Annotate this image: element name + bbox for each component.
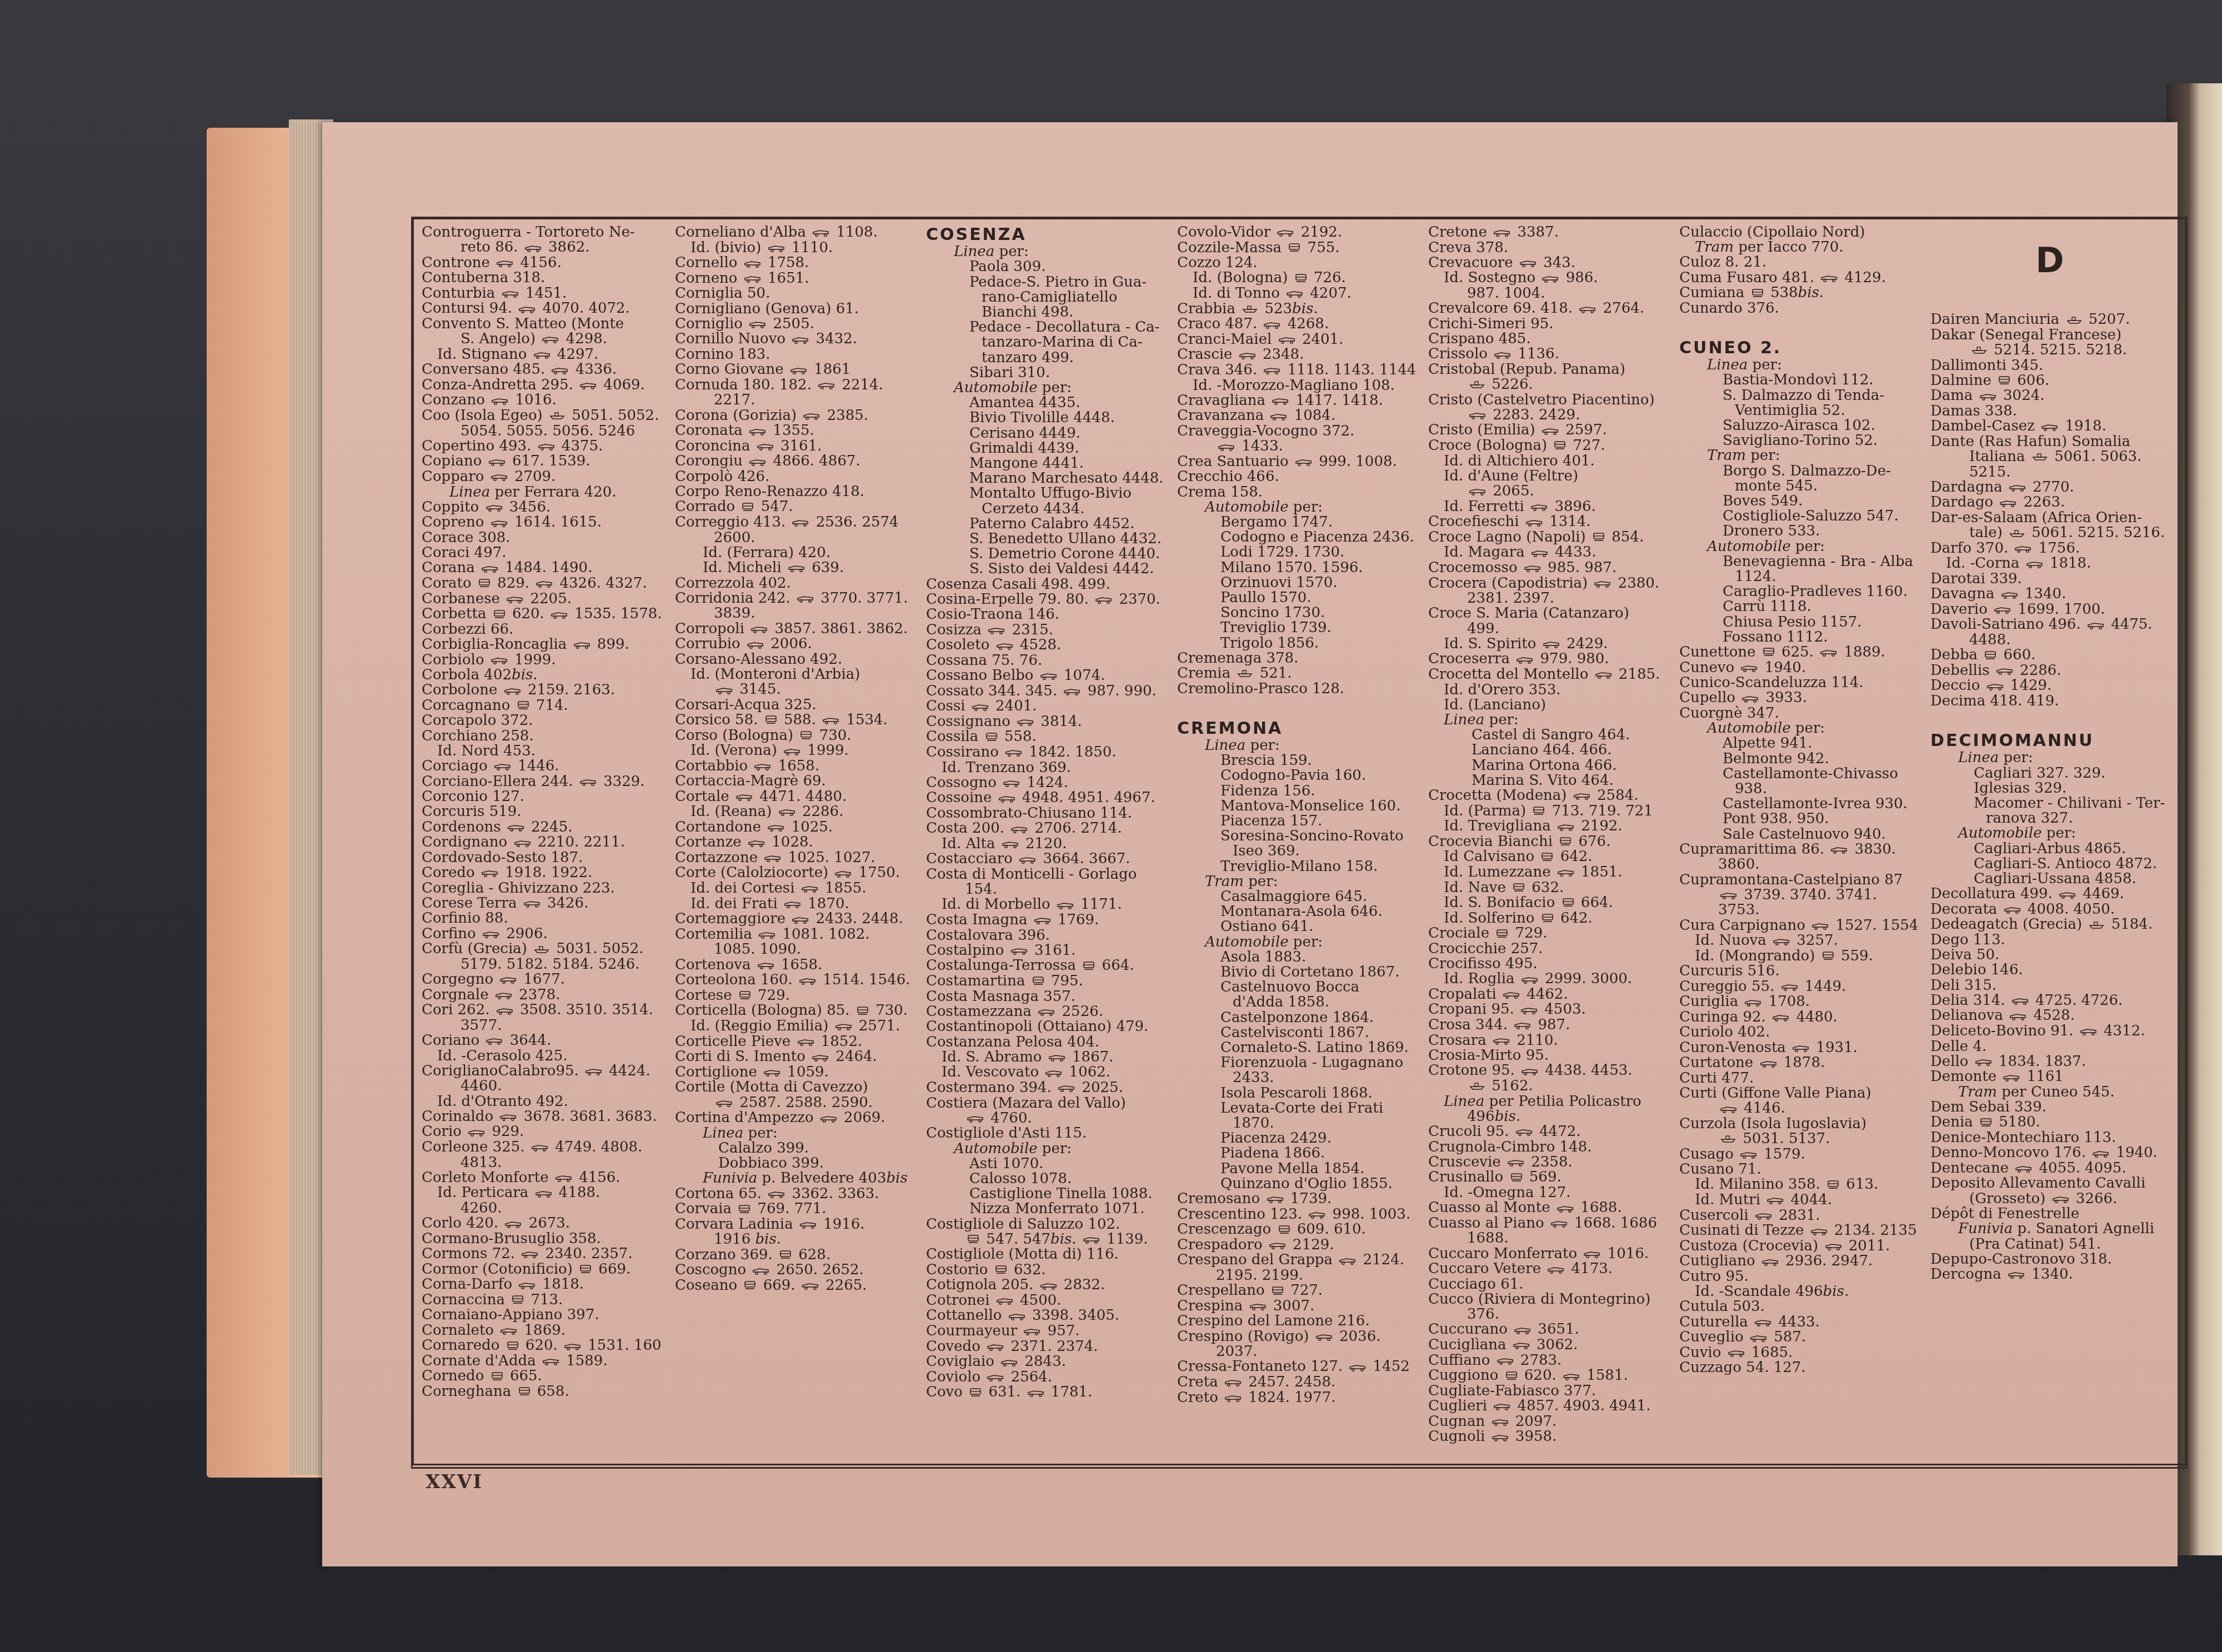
index-entry: Dar-es-Salaam (Africa Orien-	[1930, 510, 2169, 525]
index-subentry: Id. Nuova 3257.	[1679, 933, 1918, 949]
tram-icon	[512, 1293, 524, 1308]
index-entry: Dallimonti 345.	[1930, 358, 2169, 373]
index-entry: Corana 1484. 1490.	[422, 560, 660, 576]
index-subentry: Treviglio-Milano 158.	[1177, 859, 1416, 874]
index-subentry: Chiusa Pesio 1157.	[1679, 615, 1918, 630]
index-entry: Davoli-Satriano 496. 4475.	[1930, 617, 2169, 633]
automobile-icon	[501, 1323, 517, 1338]
index-entry: Corconio 127.	[422, 789, 660, 804]
automobile-icon	[1001, 1355, 1018, 1370]
index-entry: Corcagnano 714.	[422, 698, 660, 714]
index-subentry: Id. Magara 4433.	[1428, 545, 1667, 560]
tram-icon	[517, 698, 529, 713]
index-entry: Corbola 402bis.	[422, 668, 660, 683]
index-entry: Coviolo 2564.	[926, 1370, 1165, 1385]
index-subentry: 4488.	[1930, 633, 2169, 648]
index-entry: Correzzola 402.	[675, 576, 914, 591]
index-entry: Dem Sebai 339.	[1930, 1100, 2169, 1115]
index-subentry: tanzaro 499.	[926, 351, 1165, 366]
automobile-icon	[967, 1111, 984, 1126]
index-entry: Cuturella 4433.	[1679, 1315, 1918, 1330]
index-entry: Crevalcore 69. 418. 2764.	[1428, 301, 1667, 317]
index-entry: Corpolò 426.	[675, 469, 914, 484]
automobile-icon	[2080, 1024, 2097, 1039]
index-entry: Costamartina 795.	[926, 974, 1165, 989]
index-entry: Corniglio 2505.	[675, 317, 914, 332]
page-frame: Controguerra - Tortoreto Ne-reto 86. 386…	[411, 217, 2188, 1469]
automobile-icon	[524, 896, 541, 911]
index-entry: Contuberna 318.	[422, 271, 660, 286]
index-subentry: Mangone 4441.	[926, 456, 1165, 471]
index-subentry: 2283. 2429.	[1428, 408, 1667, 423]
automobile-icon	[812, 1050, 829, 1065]
index-entry: Decollatura 499. 4469.	[1930, 887, 2169, 902]
index-entry: Cossombrato-Chiusano 114.	[926, 806, 1165, 821]
index-subentry: Ostiano 641.	[1177, 919, 1416, 934]
index-entry: Cortenova 1658.	[675, 958, 914, 973]
index-subentry: ranova 327.	[1930, 811, 2169, 826]
index-entry: Corongiu 4866. 4867.	[675, 454, 914, 469]
automobile-icon	[2041, 419, 2058, 434]
index-subentry: Cagliari-S. Antioco 4872.	[1930, 857, 2169, 872]
index-entry: Crevacuore 343.	[1428, 256, 1667, 271]
automobile-icon	[1745, 995, 1761, 1010]
index-subentry: Tram per:	[1177, 874, 1416, 889]
ship-icon	[1237, 666, 1253, 681]
index-subentry: Paola 309.	[926, 259, 1165, 274]
tram-icon	[1562, 895, 1574, 910]
index-subentry: Id. Sostegno 986.	[1428, 271, 1667, 286]
index-entry: Cremolino-Prasco 128.	[1177, 682, 1416, 697]
automobile-icon	[1594, 576, 1611, 591]
index-entry: Corlo 420. 2673.	[422, 1216, 660, 1232]
tram-icon	[738, 1202, 750, 1217]
index-subentry: 376.	[1428, 1307, 1667, 1322]
index-entry: Cori 262. 3508. 3510. 3514.	[422, 1003, 660, 1018]
tram-icon	[1533, 804, 1545, 819]
index-entry: Corinaldo 3678. 3681. 3683.	[422, 1109, 660, 1125]
index-subentry: 4760.	[926, 1111, 1165, 1127]
index-subentry: Marina S. Vito 464.	[1428, 773, 1667, 788]
index-entry: Coviglaio 2843.	[926, 1354, 1165, 1370]
index-entry: Corfù (Grecia) 5031. 5052.	[422, 942, 660, 957]
index-subentry: Id. (Reggio Emilia) 2571.	[675, 1019, 914, 1034]
tram-icon	[491, 1369, 503, 1384]
automobile-icon	[1793, 1040, 1809, 1055]
automobile-icon	[1497, 1353, 1514, 1368]
index-entry: Cortandone 1025.	[675, 820, 914, 835]
automobile-icon	[1040, 1278, 1057, 1293]
index-entry: Custoza (Crocevia) 2011.	[1679, 1239, 1918, 1254]
index-subentry: 987. 1004.	[1428, 286, 1667, 301]
index-entry: Cortiglione 1059.	[675, 1065, 914, 1080]
tram-icon	[779, 1248, 792, 1263]
index-subentry: S. Demetrio Corone 4440.	[926, 547, 1165, 562]
index-subentry: Id. di Tonno 4207.	[1177, 286, 1416, 302]
tram-icon	[1822, 949, 1834, 964]
index-subentry: 4146.	[1679, 1101, 1918, 1117]
automobile-icon	[1551, 1216, 1568, 1231]
index-entry: Corneno 1651.	[675, 271, 914, 287]
index-entry: Curiolo 402.	[1679, 1025, 1918, 1040]
index-entry: Delebio 146.	[1930, 963, 2169, 978]
index-entry: Crosia-Mirto 95.	[1428, 1048, 1667, 1063]
index-subentry: Bastia-Mondovì 112.	[1679, 373, 1918, 388]
automobile-icon	[1728, 1345, 1745, 1360]
index-entry: Curti (Giffone Valle Piana)	[1679, 1086, 1918, 1101]
index-entry: Curzola (Isola Iugoslavia)	[1679, 1117, 1918, 1132]
automobile-icon	[491, 653, 508, 668]
automobile-icon	[482, 561, 498, 576]
index-subentry: Linea per:	[1177, 738, 1416, 753]
index-entry: Costamezzana 2526.	[926, 1004, 1165, 1020]
index-subentry: Cagliari-Ussana 4858.	[1930, 872, 2169, 887]
automobile-icon	[790, 363, 807, 378]
tram-icon	[800, 728, 812, 743]
automobile-icon	[1584, 1246, 1600, 1261]
spacer	[1679, 316, 1918, 338]
automobile-icon	[784, 897, 801, 912]
index-subentry: Id. Roglia 2999. 3000.	[1428, 972, 1667, 987]
index-entry: Dama 3024.	[1930, 388, 2169, 404]
index-subentry: Piacenza 2429.	[1177, 1131, 1416, 1146]
index-subentry: Iglesias 329.	[1930, 781, 2169, 796]
index-entry: Cotignola 205. 2832.	[926, 1278, 1165, 1293]
automobile-icon	[580, 774, 597, 789]
automobile-icon	[1494, 225, 1510, 240]
index-entry: Copreno 1614. 1615.	[422, 515, 660, 530]
index-subentry: 3145.	[675, 682, 914, 698]
index-entry: Corneghana 658.	[422, 1384, 660, 1400]
index-entry: Controguerra - Tortoreto Ne-	[422, 225, 660, 240]
index-entry: Coriano 3644.	[422, 1033, 660, 1049]
index-entry: Corbiolo 1999.	[422, 653, 660, 668]
index-subentry: Id. d'Aune (Feltre)	[1428, 469, 1667, 484]
index-entry: Decima 418. 419.	[1930, 694, 2169, 709]
index-subentry: Dobbiaco 399.	[675, 1156, 914, 1171]
index-subentry: 2381. 2397.	[1428, 591, 1667, 606]
index-subentry: 499.	[1428, 622, 1667, 637]
index-entry: Crosara 2110.	[1428, 1033, 1667, 1049]
index-subentry: Id. Solferino 642.	[1428, 911, 1667, 927]
index-entry: Crocevia Bianchi 676.	[1428, 834, 1667, 850]
index-entry: Craco 487. 4268.	[1177, 317, 1416, 332]
column-7: DDairen Manciuria 5207.Dakar (Senegal Fr…	[1930, 225, 2169, 1455]
index-entry: Cupello 3933.	[1679, 690, 1918, 706]
automobile-icon	[1272, 393, 1289, 408]
index-subentry: 3577.	[422, 1018, 660, 1033]
automobile-icon	[2009, 480, 2026, 495]
index-subentry: Id. (Lanciano)	[1428, 698, 1667, 713]
index-entry: Cugnan 2097.	[1428, 1414, 1667, 1430]
index-subentry: Cerzeto 4434.	[926, 502, 1165, 517]
index-subentry: Id. (bivio) 1110.	[675, 241, 914, 256]
index-entry: Dépôt di Fenestrelle	[1930, 1207, 2169, 1222]
index-subentry: Id. -Cerasolo 425.	[422, 1049, 660, 1064]
index-entry: Dalmine 606.	[1930, 373, 2169, 389]
index-subentry: Id. Ferretti 3896.	[1428, 499, 1667, 515]
tram-icon	[739, 988, 751, 1003]
automobile-icon	[1469, 408, 1486, 423]
index-entry: Corgnale 2378.	[422, 988, 660, 1003]
automobile-icon	[1812, 918, 1829, 933]
index-subentry: Tram per:	[1679, 448, 1918, 463]
index-entry: Cuveglio 587.	[1679, 1330, 1918, 1345]
index-entry: Cossignano 3814.	[926, 714, 1165, 730]
automobile-icon	[1002, 837, 1019, 852]
automobile-icon	[1492, 1414, 1509, 1429]
automobile-icon	[1516, 1124, 1533, 1139]
automobile-icon	[1095, 592, 1112, 607]
index-entry: Conturbia 1451.	[422, 286, 660, 302]
automobile-icon	[1831, 842, 1848, 857]
index-entry: Cottanello 3398. 3405.	[926, 1308, 1165, 1324]
index-subentry: Alpette 941.	[1679, 736, 1918, 751]
automobile-icon	[749, 454, 766, 469]
index-subentry: Bivio di Cortetano 1867.	[1177, 965, 1416, 980]
index-subentry: Boves 549.	[1679, 494, 1918, 509]
automobile-icon	[2004, 902, 2021, 917]
automobile-icon	[764, 850, 781, 865]
index-entry: Corcapolo 372.	[422, 713, 660, 728]
index-subentry: Cagliari 327. 329.	[1930, 766, 2169, 781]
index-entry: Crotone 95. 4438. 4453.	[1428, 1063, 1667, 1079]
index-subentry: 1085. 1090.	[675, 942, 914, 957]
index-subentry: Id. (Mongrando) 559.	[1679, 949, 1918, 964]
index-entry: Corsano-Alessano 492.	[675, 652, 914, 667]
index-entry: Cugliate-Fabiasco 377.	[1428, 1384, 1667, 1399]
automobile-icon	[1064, 684, 1080, 699]
index-subentry: Id. Micheli 639.	[675, 560, 914, 576]
tram-icon	[995, 1263, 1007, 1278]
index-entry: Dello 1834. 1837.	[1930, 1054, 2169, 1070]
index-entry: Cuma Fusaro 481. 4129.	[1679, 271, 1918, 286]
automobile-icon	[1524, 560, 1541, 575]
automobile-icon	[502, 286, 519, 301]
index-subentry: 547. 547bis. 1139.	[926, 1232, 1165, 1248]
automobile-icon	[754, 759, 771, 774]
index-entry: Crea Santuario 999. 1008.	[1177, 454, 1416, 470]
index-entry: Copiano 617. 1539.	[422, 454, 660, 469]
index-entry: Costa 200. 2706. 2714.	[926, 821, 1165, 837]
automobile-icon	[496, 988, 512, 1003]
index-subentry: Trigolo 1856.	[1177, 636, 1416, 651]
automobile-icon	[494, 759, 511, 774]
index-subentry: Nizza Monferrato 1071.	[926, 1202, 1165, 1217]
index-entry: Crociale 729.	[1428, 926, 1667, 942]
index-entry: Cristobal (Repub. Panama)	[1428, 362, 1667, 377]
index-subentry: Sale Castelnuovo 940.	[1679, 827, 1918, 842]
index-subentry: Saluzzo-Airasca 102.	[1679, 418, 1918, 433]
index-subentry: Automobile per:	[1177, 935, 1416, 950]
index-entry: Crabbia 523bis.	[1177, 302, 1416, 317]
index-subentry: 2065.	[1428, 484, 1667, 499]
automobile-icon	[1017, 714, 1034, 729]
index-entry: Crava 346. 1118. 1143. 1144.	[1177, 363, 1416, 378]
automobile-icon	[744, 271, 761, 286]
index-entry: Corticella (Bologna) 85. 730.	[675, 1003, 914, 1019]
index-subentry: Tram per Cuneo 545.	[1930, 1085, 2169, 1100]
index-subentry: Castelponzone 1864.	[1177, 1010, 1416, 1025]
index-subentry: Id. -Corna 1818.	[1930, 556, 2169, 572]
automobile-icon	[2015, 541, 2031, 556]
automobile-icon	[536, 1186, 552, 1201]
index-entry: Depupo-Castronovo 318.	[1930, 1252, 2169, 1267]
index-entry: Corpo Reno-Renazzo 418.	[675, 484, 914, 499]
index-entry: Costalunga-Terrossa 664.	[926, 958, 1165, 974]
automobile-icon	[492, 393, 508, 408]
index-subentry: Bivio Tivolille 4448.	[926, 411, 1165, 425]
index-entry: Cosio-Traona 146.	[926, 607, 1165, 622]
index-entry: Cuccaro Vetere 4173.	[1428, 1261, 1667, 1277]
index-subentry: 1124.	[1679, 569, 1918, 584]
automobile-icon	[997, 1293, 1013, 1308]
index-entry: Corteolona 160. 1514. 1546.	[675, 973, 914, 988]
index-subentry: Piadena 1866.	[1177, 1146, 1416, 1161]
index-entry: Corneliano d'Alba 1108.	[675, 225, 914, 241]
index-entry: Cornaccina 713.	[422, 1293, 660, 1308]
index-subentry: Bianchi 498.	[926, 305, 1165, 320]
index-subentry: Pedace - Decollatura - Ca-	[926, 320, 1165, 335]
section-header: DECIMOMANNU	[1930, 733, 2169, 748]
automobile-icon	[1250, 1299, 1267, 1314]
column-5: Cretone 3387.Creva 378.Crevacuore 343.Id…	[1428, 225, 1667, 1455]
index-subentry: 5054. 5055. 5056. 5246	[422, 424, 660, 439]
index-subentry: Soncino 1730.	[1177, 605, 1416, 620]
index-subentry: Montanara-Asola 646.	[1177, 904, 1416, 919]
automobile-icon	[802, 881, 818, 896]
automobile-icon	[800, 1217, 817, 1232]
index-entry: Crema 158.	[1177, 485, 1416, 500]
index-entry: Cristo (Castelvetro Piacentino)	[1428, 393, 1667, 408]
tram-icon	[1998, 373, 2010, 388]
tram-icon	[1980, 1115, 1992, 1130]
tram-icon	[744, 1278, 756, 1293]
index-subentry: Paterno Calabro 4452.	[926, 517, 1165, 532]
index-subentry: Calosso 1078.	[926, 1172, 1165, 1187]
index-entry: Coronata 1355.	[675, 423, 914, 439]
index-subentry: Linea per:	[1930, 750, 2169, 765]
automobile-icon	[1009, 1309, 1025, 1324]
automobile-icon	[768, 1187, 785, 1202]
automobile-icon	[1011, 822, 1028, 837]
tram-icon	[1559, 834, 1572, 849]
index-subentry: Linea per Ferrara 420.	[422, 485, 660, 500]
index-subentry: Borgo S. Dalmazzo-De-	[1679, 464, 1918, 479]
page-number: XXVI	[426, 1471, 483, 1493]
index-entry: Cunico-Scandeluzza 114.	[1679, 675, 1918, 690]
automobile-icon	[1741, 660, 1758, 675]
index-entry: Crugnola-Cimbro 148.	[1428, 1140, 1667, 1155]
index-entry: Corno Giovane 1861	[675, 362, 914, 378]
index-entry: Cutigliano 2936. 2947.	[1679, 1254, 1918, 1269]
index-subentry: Fossano 1112.	[1679, 630, 1918, 645]
automobile-icon	[574, 637, 590, 652]
index-subentry: Id. S. Abramo 1867.	[926, 1050, 1165, 1065]
index-entry: Cortona 65. 3362. 3363.	[675, 1187, 914, 1202]
index-entry: Croce (Bologna) 727.	[1428, 438, 1667, 454]
index-subentry: Levata-Corte dei Frati	[1177, 1101, 1416, 1116]
automobile-icon	[1522, 972, 1538, 987]
index-entry: Crispano 485.	[1428, 332, 1667, 347]
automobile-icon	[564, 1339, 581, 1354]
automobile-icon	[1820, 645, 1837, 660]
automobile-icon	[489, 454, 506, 469]
index-entry: Cordignano 2210. 2211.	[422, 835, 660, 850]
index-subentry: Id. Perticara 4188.	[422, 1185, 660, 1201]
section-letter: D	[1930, 253, 2169, 268]
tram-icon	[985, 730, 998, 745]
index-entry: Croceserra 979. 980.	[1428, 652, 1667, 667]
automobile-icon	[1469, 484, 1486, 499]
index-entry: Delia 314. 4725. 4726.	[1930, 993, 2169, 1009]
index-entry: Coreglia - Ghivizzano 223.	[422, 881, 660, 896]
index-entry: Cusano 71.	[1679, 1162, 1918, 1177]
automobile-icon	[2000, 495, 2016, 510]
index-entry: Cornedo 665.	[422, 1369, 660, 1384]
index-subentry: 5162.	[1428, 1079, 1667, 1094]
index-entry: Costalovara 396.	[926, 928, 1165, 943]
index-entry: Cremia 521.	[1177, 666, 1416, 682]
index-entry: Cormons 72. 2340. 2357.	[422, 1246, 660, 1262]
automobile-icon	[788, 560, 805, 575]
index-entry: Cuasso al Monte 1688.	[1428, 1200, 1667, 1216]
index-subentry: Id. -Omegna 127.	[1428, 1185, 1667, 1200]
automobile-icon	[1309, 1207, 1325, 1222]
automobile-icon	[747, 637, 764, 652]
automobile-icon	[1239, 348, 1256, 363]
section-header: COSENZA	[926, 227, 1165, 242]
index-entry: Cunevo 1940.	[1679, 660, 1918, 676]
index-entry: Curiglia 1708.	[1679, 994, 1918, 1010]
index-subentry: 5215.	[1930, 465, 2169, 480]
index-entry: Creto 1824. 1977.	[1177, 1390, 1416, 1406]
index-entry: Crescentino 123. 998. 1003.	[1177, 1207, 1416, 1223]
index-subentry: Macomer - Chilivani - Ter-	[1930, 796, 2169, 811]
index-entry: Cressa-Fontaneto 127. 1452	[1177, 1359, 1416, 1375]
column-6: Culaccio (Cipollaio Nord)Tram per Iacco …	[1679, 225, 1918, 1455]
tram-icon	[1510, 1170, 1523, 1185]
index-subentry: Id. -Scandale 496bis.	[1679, 1284, 1918, 1299]
automobile-icon	[1994, 602, 2011, 617]
automobile-icon	[2008, 1267, 2025, 1282]
index-entry: Corvaia 769. 771.	[675, 1202, 914, 1217]
index-entry: Cremosano 1739.	[1177, 1192, 1416, 1207]
automobile-icon	[820, 1111, 837, 1126]
automobile-icon	[779, 804, 795, 819]
ship-icon	[2009, 526, 2025, 541]
index-subentry: Cornaleto-S. Latino 1869.	[1177, 1040, 1416, 1055]
tram-icon	[1496, 927, 1508, 942]
automobile-icon	[1975, 1054, 1992, 1069]
index-entry: Cunardo 376.	[1679, 301, 1918, 316]
index-entry: Contursi 94. 4070. 4072.	[422, 301, 660, 317]
index-entry: Culaccio (Cipollaio Nord)	[1679, 225, 1918, 240]
automobile-icon	[1574, 788, 1590, 803]
index-entry: Corvara Ladinia 1916.	[675, 1217, 914, 1233]
automobile-icon	[519, 302, 536, 317]
index-entry: Cropalati 4462.	[1428, 987, 1667, 1003]
tram-icon	[1542, 911, 1554, 926]
index-entry: Corace 308.	[422, 530, 660, 545]
automobile-icon	[2093, 1146, 2109, 1161]
index-entry: Cortile (Motta di Cavezzo)	[675, 1080, 914, 1095]
index-subentry: (Pra Catinat) 541.	[1930, 1237, 2169, 1252]
index-subentry: Orzinuovi 1570.	[1177, 575, 1416, 590]
index-subentry: Paullo 1570.	[1177, 590, 1416, 605]
automobile-icon	[585, 1064, 602, 1079]
index-entry: Cucciago 61.	[1428, 1277, 1667, 1292]
